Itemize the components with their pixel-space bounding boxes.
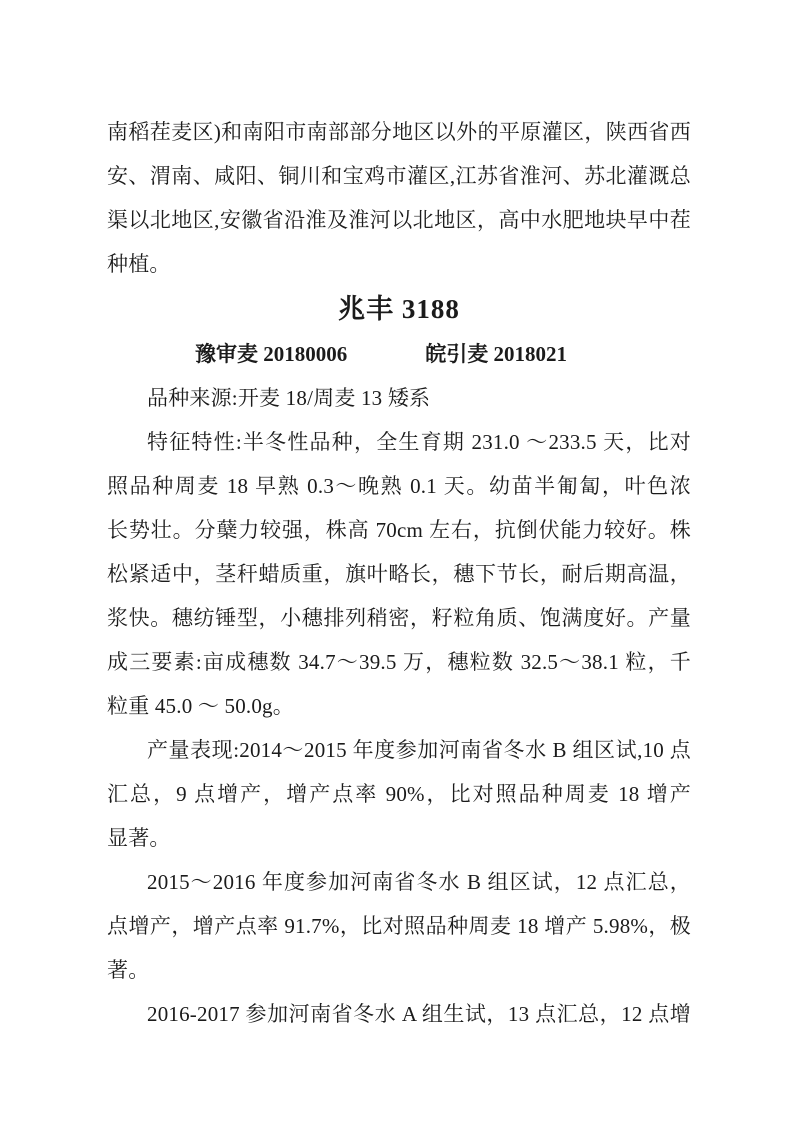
text-line: 显著。	[107, 816, 691, 860]
text-line: 2016-2017 参加河南省冬水 A 组生试，13 点汇总，12 点增	[107, 992, 691, 1036]
registration-code: 皖引麦 2018021	[425, 332, 567, 376]
yield-performance-2014-2015: 产量表现:2014～2015 年度参加河南省冬水 B 组区试,10 点汇总，9 …	[107, 728, 691, 860]
text-line: 著。	[107, 948, 691, 992]
text-line: 品种来源:开麦 18/周麦 13 矮系	[107, 376, 691, 420]
text-line: 成三要素:亩成穗数 34.7～39.5 万，穗粒数 32.5～38.1 粒，千	[107, 640, 691, 684]
text-line: 2015～2016 年度参加河南省冬水 B 组区试，12 点汇总，11	[107, 860, 691, 904]
text-line: 粒重 45.0 ～ 50.0g。	[107, 684, 691, 728]
text-line: 照品种周麦 18 早熟 0.3～晚熟 0.1 天。幼苗半匍匐，叶色浓绿，	[107, 464, 691, 508]
text-line: 松紧适中，茎秆蜡质重，旗叶略长，穗下节长，耐后期高温，灌	[107, 552, 691, 596]
text-line: 南稻茬麦区)和南阳市南部部分地区以外的平原灌区，陕西省西	[107, 110, 691, 154]
text-line: 特征特性:半冬性品种，全生育期 231.0 ～233.5 天，比对	[107, 420, 691, 464]
text-line: 渠以北地区,安徽省沿淮及淮河以北地区，高中水肥地块早中茬	[107, 198, 691, 242]
text-line: 点增产，增产点率 91.7%，比对照品种周麦 18 增产 5.98%，极显	[107, 904, 691, 948]
text-line: 浆快。穗纺锤型，小穗排列稍密，籽粒角质、饱满度好。产量构	[107, 596, 691, 640]
document-page: 南稻茬麦区)和南阳市南部部分地区以外的平原灌区，陕西省西安、渭南、咸阳、铜川和宝…	[0, 0, 793, 1122]
registration-code: 豫审麦 20180006	[195, 332, 347, 376]
registration-codes: 豫审麦 20180006皖引麦 2018021	[107, 332, 691, 376]
page-content: 南稻茬麦区)和南阳市南部部分地区以外的平原灌区，陕西省西安、渭南、咸阳、铜川和宝…	[0, 0, 793, 1036]
characteristics: 特征特性:半冬性品种，全生育期 231.0 ～233.5 天，比对照品种周麦 1…	[107, 420, 691, 728]
text-line: 汇总，9 点增产，增产点率 90%，比对照品种周麦 18 增产 4.76%，	[107, 772, 691, 816]
suitable-planting-region-continued: 南稻茬麦区)和南阳市南部部分地区以外的平原灌区，陕西省西安、渭南、咸阳、铜川和宝…	[107, 110, 691, 286]
yield-performance-2016-2017-partial: 2016-2017 参加河南省冬水 A 组生试，13 点汇总，12 点增	[107, 992, 691, 1036]
text-line: 种植。	[107, 242, 691, 286]
text-line: 安、渭南、咸阳、铜川和宝鸡市灌区,江苏省淮河、苏北灌溉总	[107, 154, 691, 198]
variety-source: 品种来源:开麦 18/周麦 13 矮系	[107, 376, 691, 420]
variety-title: 兆丰 3188	[107, 286, 691, 332]
yield-performance-2015-2016: 2015～2016 年度参加河南省冬水 B 组区试，12 点汇总，11点增产，增…	[107, 860, 691, 992]
text-line: 长势壮。分蘖力较强，株高 70cm 左右，抗倒伏能力较好。株型	[107, 508, 691, 552]
text-line: 产量表现:2014～2015 年度参加河南省冬水 B 组区试,10 点	[107, 728, 691, 772]
